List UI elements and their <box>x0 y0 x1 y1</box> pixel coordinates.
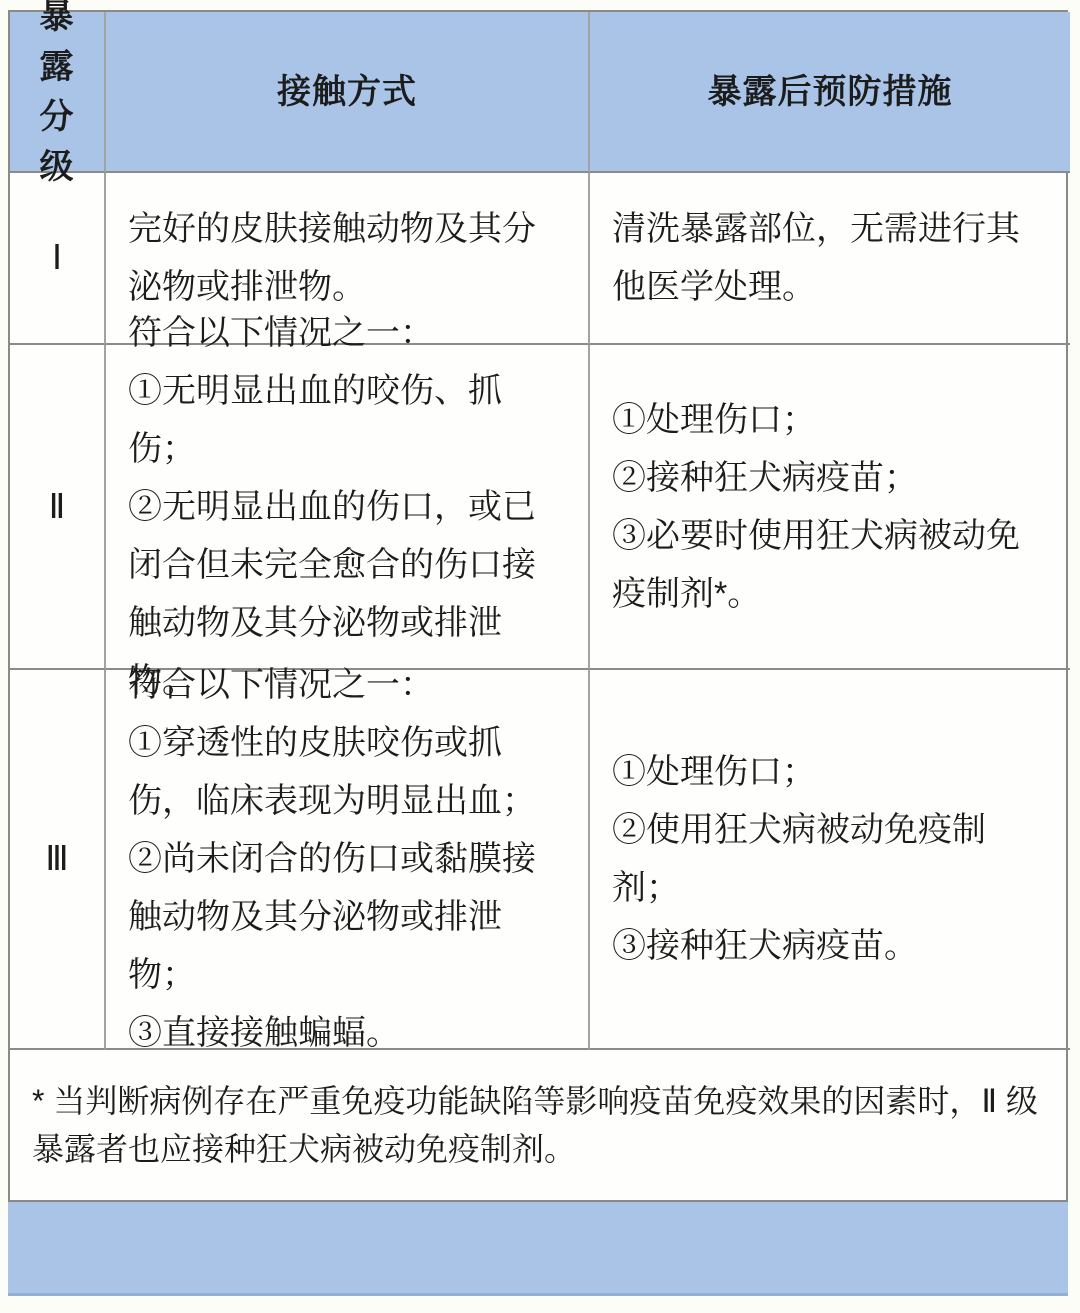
footnote-cell: * 当判断病例存在严重免疫功能缺陷等影响疫苗免疫效果的因素时，Ⅱ 级暴露者也应接… <box>10 1050 1070 1200</box>
footnote-text: * 当判断病例存在严重免疫功能缺陷等影响疫苗免疫效果的因素时，Ⅱ 级暴露者也应接… <box>32 1077 1048 1173</box>
header-post-exposure-measures: 暴露后预防措施 <box>590 12 1070 173</box>
measures-cell-3: ①处理伤口； ②使用狂犬病被动免疫制剂； ③接种狂犬病疫苗。 <box>590 670 1070 1050</box>
level-cell-1: Ⅰ <box>10 173 106 345</box>
contact-1-line: 完好的皮肤接触动物及其分泌物或排泄物。 <box>128 200 566 316</box>
exposure-classification-table: 暴露分级 接触方式 暴露后预防措施 Ⅰ 完好的皮肤接触动物及其分泌物或排泄物。 … <box>8 10 1068 1202</box>
measures-3-item-1: ①处理伤口； <box>612 743 1048 801</box>
measures-2-item-2: ②接种狂犬病疫苗； <box>612 449 1048 507</box>
level-3-label: Ⅲ <box>45 839 68 879</box>
measures-2-item-1: ①处理伤口； <box>612 391 1048 449</box>
level-2-label: Ⅱ <box>49 487 66 527</box>
contact-2-intro: 符合以下情况之一： <box>128 304 566 362</box>
measures-1-line: 清洗暴露部位，无需进行其他医学处理。 <box>612 200 1048 316</box>
contact-2-item-1: ①无明显出血的咬伤、抓伤； <box>128 362 566 478</box>
contact-3-item-1: ①穿透性的皮肤咬伤或抓伤，临床表现为明显出血； <box>128 714 566 830</box>
contact-cell-2: 符合以下情况之一： ①无明显出血的咬伤、抓伤； ②无明显出血的伤口，或已闭合但未… <box>106 345 590 670</box>
contact-3-item-2: ②尚未闭合的伤口或黏膜接触动物及其分泌物或排泄物； <box>128 830 566 1004</box>
measures-cell-1: 清洗暴露部位，无需进行其他医学处理。 <box>590 173 1070 345</box>
header-post-exposure-measures-label: 暴露后预防措施 <box>708 67 953 117</box>
measures-2-item-3: ③必要时使用狂犬病被动免疫制剂*。 <box>612 507 1048 623</box>
measures-cell-2: ①处理伤口； ②接种狂犬病疫苗； ③必要时使用狂犬病被动免疫制剂*。 <box>590 345 1070 670</box>
header-exposure-level: 暴露分级 <box>10 12 106 173</box>
measures-3-item-2: ②使用狂犬病被动免疫制剂； <box>612 801 1048 917</box>
measures-3-item-3: ③接种狂犬病疫苗。 <box>612 917 1048 975</box>
header-exposure-level-label: 暴露分级 <box>24 0 90 192</box>
page: 暴露分级 接触方式 暴露后预防措施 Ⅰ 完好的皮肤接触动物及其分泌物或排泄物。 … <box>0 0 1080 1313</box>
contact-3-intro: 符合以下情况之一： <box>128 656 566 714</box>
header-contact-mode-label: 接触方式 <box>277 67 417 117</box>
level-cell-3: Ⅲ <box>10 670 106 1050</box>
level-cell-2: Ⅱ <box>10 345 106 670</box>
level-1-label: Ⅰ <box>52 238 62 278</box>
header-contact-mode: 接触方式 <box>106 12 590 173</box>
bottom-blue-bar <box>8 1202 1068 1296</box>
contact-cell-3: 符合以下情况之一： ①穿透性的皮肤咬伤或抓伤，临床表现为明显出血； ②尚未闭合的… <box>106 670 590 1050</box>
